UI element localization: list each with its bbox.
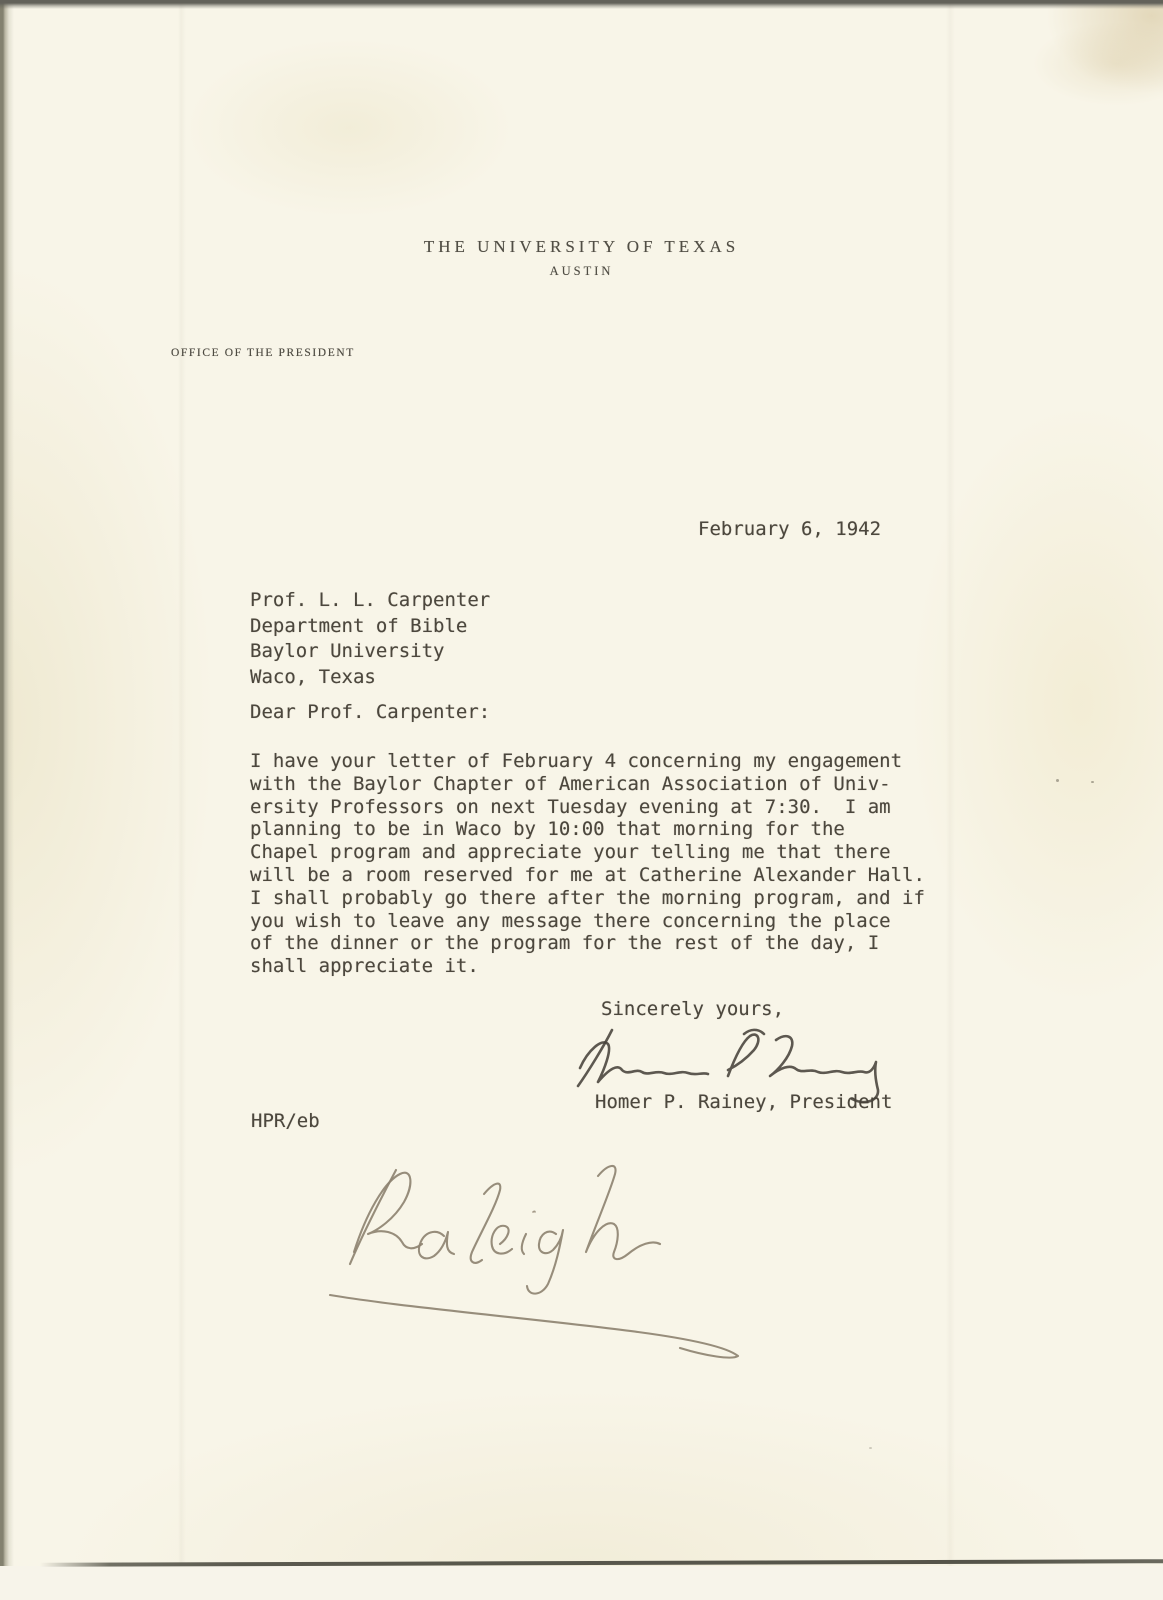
letterhead-organization: THE UNIVERSITY OF TEXAS [0,237,1163,257]
handwritten-signature-homer-p-rainey [568,1020,918,1112]
scan-backing-bottom [0,1566,1163,1600]
letter-date: February 6, 1942 [698,518,881,540]
salutation: Dear Prof. Carpenter: [250,701,490,723]
reference-initials: HPR/eb [251,1110,320,1132]
paper-speck [869,1447,872,1449]
paper-speck [1091,781,1094,783]
letter-body: I have your letter of February 4 concern… [250,750,925,978]
scan-edge-top [0,0,1163,9]
letter-scan: THE UNIVERSITY OF TEXAS AUSTIN OFFICE OF… [0,0,1163,1600]
recipient-address-block: Prof. L. L. Carpenter Department of Bibl… [250,588,490,690]
letterhead-city: AUSTIN [0,264,1163,279]
paper-speck [1056,779,1059,782]
scan-edge-left [0,0,14,1600]
closing-phrase: Sincerely yours, [601,998,784,1020]
pencil-annotation-raleigh [308,1148,768,1383]
letterhead-office-line: OFFICE OF THE PRESIDENT [171,347,355,359]
